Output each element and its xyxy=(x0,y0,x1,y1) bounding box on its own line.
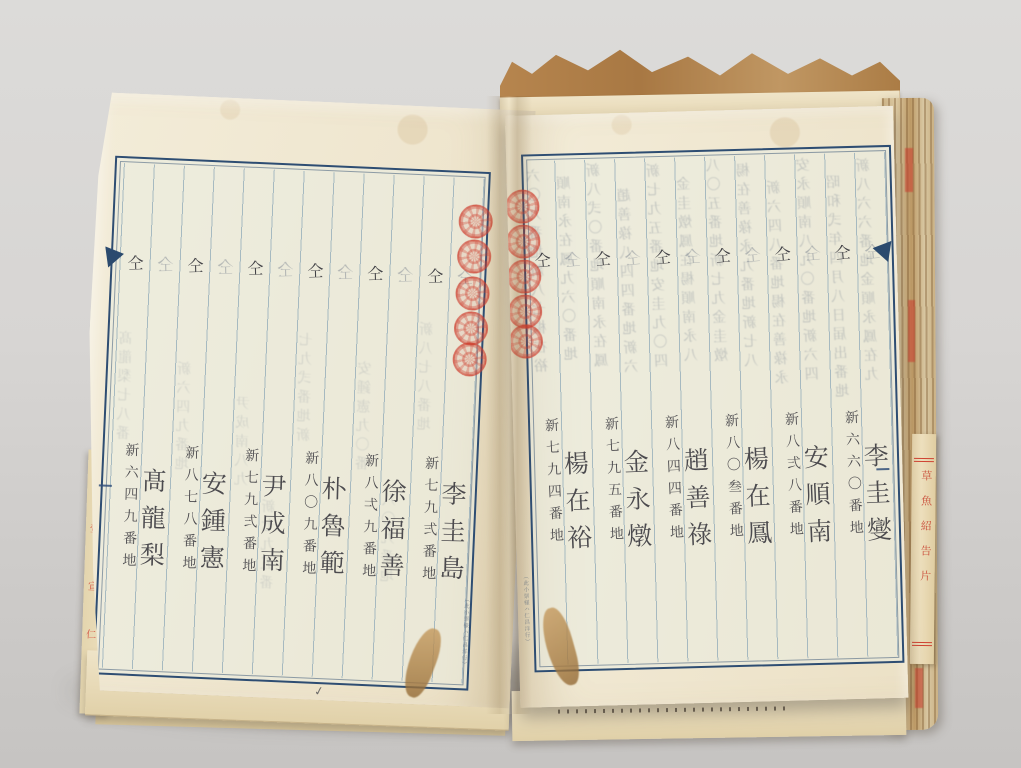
slip-tab-red-text: 草魚紹告片 xyxy=(917,470,934,595)
ditto-mark: 仝 xyxy=(827,239,859,265)
ditto-mark: 仝 xyxy=(797,240,829,266)
pen-check-mark: ✓ xyxy=(313,683,325,698)
resident-name: 尹成南 xyxy=(258,473,291,585)
red-rule xyxy=(912,645,932,646)
lot-address: 新八四四番地 xyxy=(651,414,687,547)
ditto-mark: 仝 xyxy=(677,243,709,269)
red-print-smudge xyxy=(905,148,913,192)
ditto-mark: 仝 xyxy=(420,263,451,287)
right-page: 新八六六番地金順永鳳在九昭和弍年四月八日届出番地安永順南八九〇番地新六四新六四八… xyxy=(505,106,908,708)
resident-name: 金永燉 xyxy=(622,448,657,560)
resident-name: 趙善祿 xyxy=(682,446,717,558)
lot-address: 新七九四番地 xyxy=(531,417,567,550)
lot-address: 新七九弍番地 xyxy=(228,447,261,580)
ruled-frame: 新八六六番地金順永鳳在九昭和弍年四月八日届出番地安永順南八九〇番地新六四新六四八… xyxy=(521,145,904,673)
lot-address: 新七九五番地 xyxy=(591,416,627,549)
ditto-mark: 仝 xyxy=(180,253,211,277)
red-rule xyxy=(914,458,934,459)
ditto-mark: 仝 xyxy=(707,242,739,268)
resident-name: 李圭島 xyxy=(438,480,471,592)
lot-address: 新六四九番地 xyxy=(108,442,141,575)
lot-address: 新八弌九番地 xyxy=(348,453,381,586)
ditto-mark: 仝 xyxy=(360,261,391,285)
lot-address: 新八〇九番地 xyxy=(288,450,321,583)
registration-dash xyxy=(876,468,889,470)
protruding-slip-tab: 草魚紹告片 xyxy=(910,434,936,664)
lot-address: 新八七八番地 xyxy=(168,445,201,578)
red-print-smudge xyxy=(908,300,915,362)
ditto-mark: 仝 xyxy=(330,259,361,283)
ditto-mark: 仝 xyxy=(150,252,181,276)
red-rule xyxy=(912,642,932,643)
ditto-mark: 仝 xyxy=(240,256,271,280)
ditto-mark: 仝 xyxy=(390,262,421,286)
ditto-mark: 仝 xyxy=(737,241,769,267)
resident-name: 安鍾憲 xyxy=(198,470,231,582)
left-page: 新八七八番地安鍾憲九〇番七九弍番地新尹成南八九新六四九番地髙龍梨七八番八〇九番地… xyxy=(74,92,536,708)
lot-address: 新八〇叁番地 xyxy=(711,413,747,546)
lot-address: 新六六〇番地 xyxy=(831,410,867,543)
resident-name: 徐福善 xyxy=(378,478,411,590)
printer-imprint: （此小票様ハ仁昌洋行） xyxy=(521,574,531,646)
resident-name: 楊在鳳 xyxy=(742,445,777,557)
ditto-mark: 仝 xyxy=(210,254,241,278)
lot-address: 新八弍八番地 xyxy=(771,411,807,544)
ditto-mark: 仝 xyxy=(557,246,589,272)
resident-name: 李圭燮 xyxy=(862,442,897,554)
ditto-mark: 仝 xyxy=(767,240,799,266)
ditto-mark: 仝 xyxy=(270,257,301,281)
ditto-mark: 仝 xyxy=(587,245,619,271)
red-print-smudge xyxy=(915,668,923,708)
resident-name: 安順南 xyxy=(802,443,837,555)
ruled-frame: 新八七八番地安鍾憲九〇番七九弍番地新尹成南八九新六四九番地髙龍梨七八番八〇九番地… xyxy=(93,156,491,691)
lot-address: 新七九弍番地 xyxy=(408,455,441,588)
ditto-mark: 仝 xyxy=(647,244,679,270)
tally-seals xyxy=(100,92,536,111)
ditto-mark: 仝 xyxy=(617,244,649,270)
ditto-mark: 仝 xyxy=(300,258,331,282)
entries-layer: 仝李圭島仝新七九弍番地仝徐福善仝新八弌九番地仝朴魯範仝新八〇九番地仝尹成南仝新七… xyxy=(117,158,489,174)
entries-layer: 仝李圭燮仝新六六〇番地仝安順南仝新八弍八番地仝楊在鳳仝新八〇叁番地仝趙善祿仝新八… xyxy=(523,147,889,157)
resident-name: 朴魯範 xyxy=(318,475,351,587)
ditto-mark: 仝 xyxy=(120,250,151,274)
red-print-fragment: 仁 xyxy=(86,626,97,641)
red-rule xyxy=(914,461,934,462)
resident-name: 髙龍梨 xyxy=(138,467,171,579)
resident-name: 楊在裕 xyxy=(562,450,597,562)
